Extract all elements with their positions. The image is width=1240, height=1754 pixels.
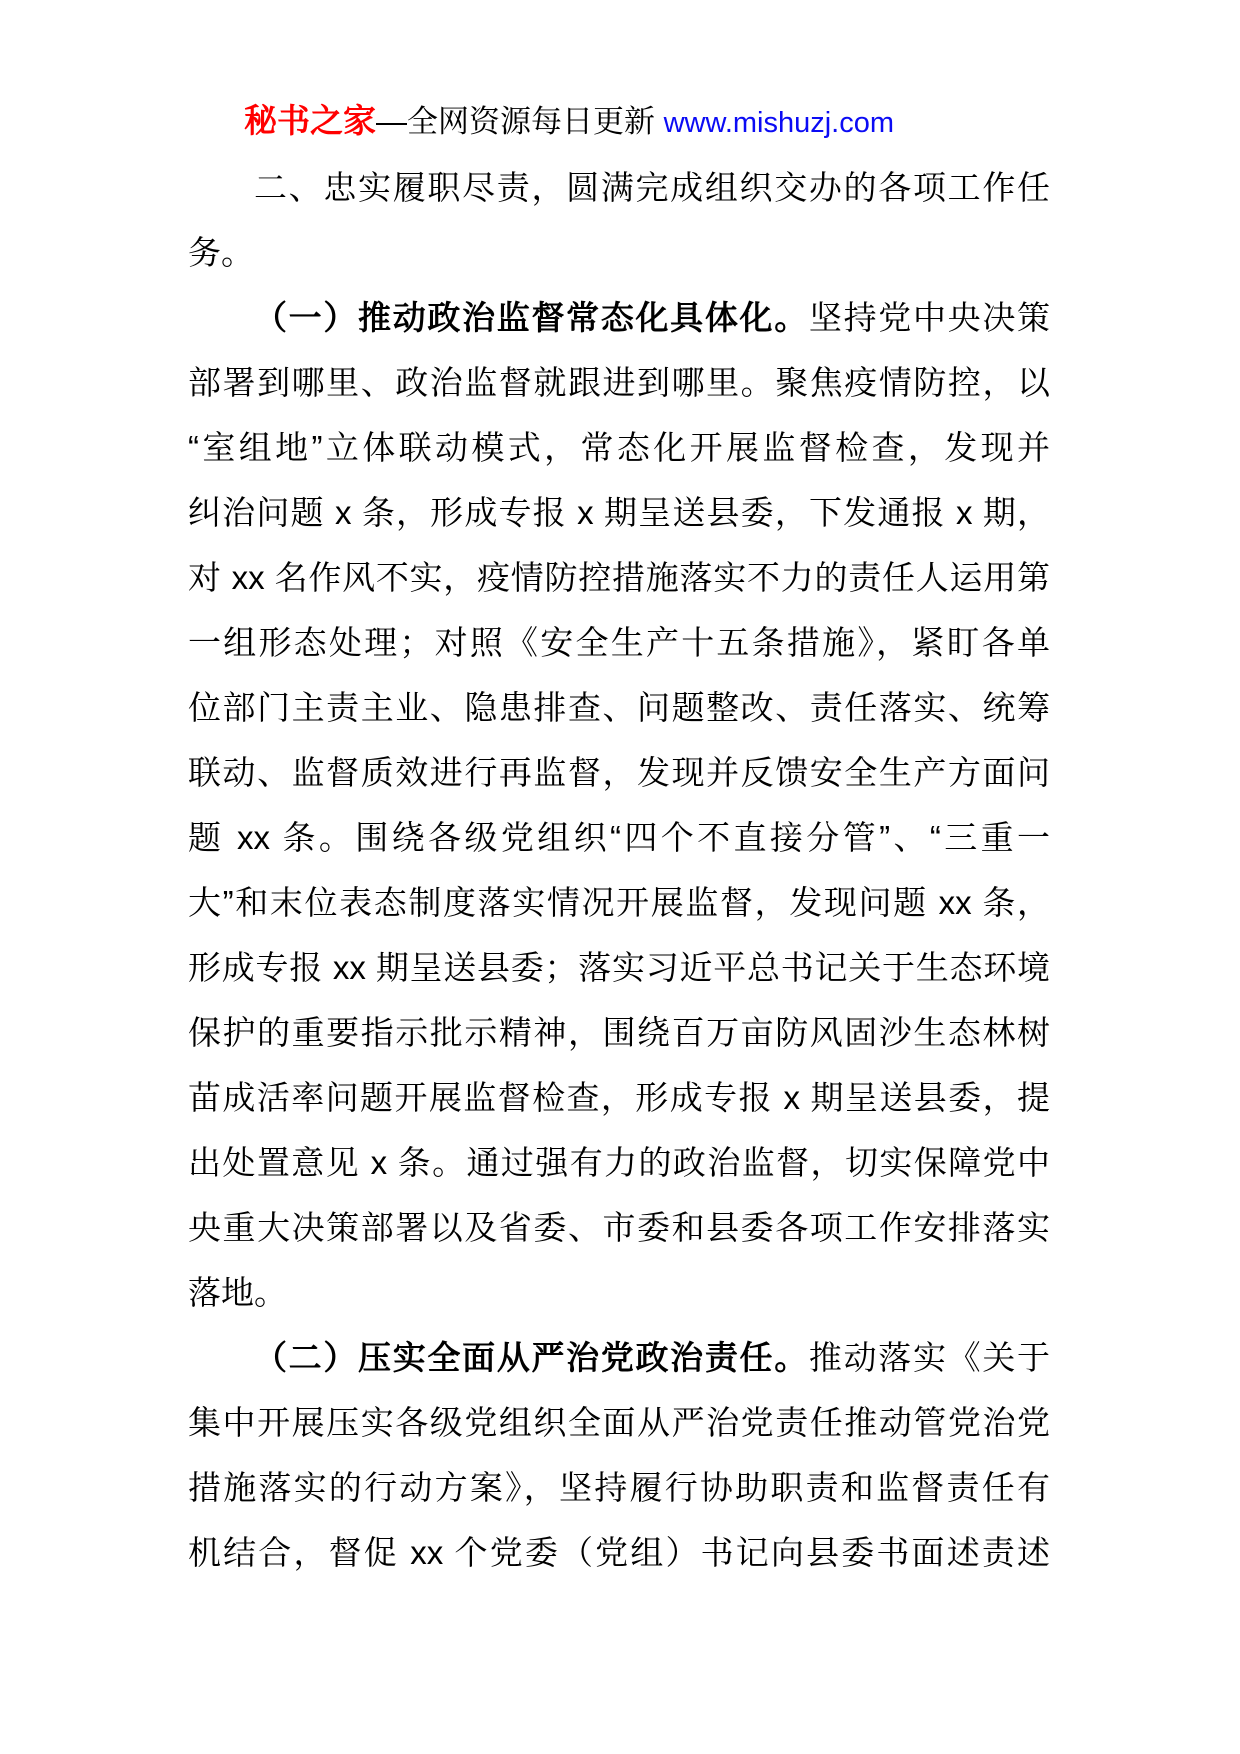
text-segment: 苗成活率问题开展监督检查，形成专报 x 期呈送县委，提 — [188, 1079, 1050, 1116]
site-url-link[interactable]: www.mishuzj.com — [664, 107, 894, 139]
text-segment: 二、忠实履职尽责，圆满完成组织交办的各项工作任 — [254, 169, 1050, 206]
text-segment: 形成专报 xx 期呈送县委；落实习近平总书记关于生态环境 — [188, 949, 1050, 986]
paragraph: 二、忠实履职尽责，圆满完成组织交办的各项工作任务。 — [188, 155, 1050, 285]
text-line: 位部门主责主业、隐患排查、问题整改、责任落实、统筹 — [188, 675, 1050, 740]
heading-text-segment: （一）推动政治监督常态化具体化。 — [254, 299, 809, 336]
text-segment: 保护的重要指示批示精神，围绕百万亩防风固沙生态林树 — [188, 1014, 1050, 1051]
text-line: 保护的重要指示批示精神，围绕百万亩防风固沙生态林树 — [188, 1000, 1050, 1065]
text-line: “室组地”立体联动模式，常态化开展监督检查，发现并 — [188, 415, 1050, 480]
text-line: （二）压实全面从严治党政治责任。推动落实《关于 — [188, 1325, 1050, 1390]
text-line: 央重大决策部署以及省委、市委和县委各项工作安排落实 — [188, 1195, 1050, 1260]
text-line: （一）推动政治监督常态化具体化。坚持党中央决策 — [188, 285, 1050, 350]
text-segment: 推动落实《关于 — [809, 1339, 1050, 1376]
heading-text-segment: （二）压实全面从严治党政治责任。 — [254, 1339, 809, 1376]
text-segment: 出处置意见 x 条。通过强有力的政治监督，切实保障党中 — [188, 1144, 1050, 1181]
document-body: 二、忠实履职尽责，圆满完成组织交办的各项工作任务。（一）推动政治监督常态化具体化… — [188, 155, 1050, 1585]
text-line: 一组形态处理；对照《安全生产十五条措施》，紧盯各单 — [188, 610, 1050, 675]
document-page: 秘书之家—全网资源每日更新 www.mishuzj.com 二、忠实履职尽责，圆… — [0, 0, 1240, 1754]
text-line: 题 xx 条。围绕各级党组织“四个不直接分管”、“三重一 — [188, 805, 1050, 870]
text-line: 二、忠实履职尽责，圆满完成组织交办的各项工作任 — [188, 155, 1050, 220]
text-segment: 位部门主责主业、隐患排查、问题整改、责任落实、统筹 — [188, 689, 1050, 726]
text-line: 集中开展压实各级党组织全面从严治党责任推动管党治党 — [188, 1390, 1050, 1455]
text-segment: 措施落实的行动方案》，坚持履行协助职责和监督责任有 — [188, 1469, 1050, 1506]
site-name: 秘书之家 — [244, 102, 376, 139]
text-segment: 务。 — [188, 234, 254, 271]
text-line: 苗成活率问题开展监督检查，形成专报 x 期呈送县委，提 — [188, 1065, 1050, 1130]
text-segment: 部署到哪里、政治监督就跟进到哪里。聚焦疫情防控，以 — [188, 364, 1050, 401]
text-line: 形成专报 xx 期呈送县委；落实习近平总书记关于生态环境 — [188, 935, 1050, 1000]
text-segment: 题 xx 条。围绕各级党组织“四个不直接分管”、“三重一 — [188, 819, 1050, 856]
text-line: 对 xx 名作风不实，疫情防控措施落实不力的责任人运用第 — [188, 545, 1050, 610]
text-line: 联动、监督质效进行再监督，发现并反馈安全生产方面问 — [188, 740, 1050, 805]
text-segment: “室组地”立体联动模式，常态化开展监督检查，发现并 — [188, 429, 1050, 466]
text-segment: 一组形态处理；对照《安全生产十五条措施》，紧盯各单 — [188, 624, 1050, 661]
text-segment: 大”和末位表态制度落实情况开展监督，发现问题 xx 条， — [188, 884, 1050, 921]
text-line: 务。 — [188, 220, 1050, 285]
text-segment: 机结合，督促 xx 个党委（党组）书记向县委书面述责述 — [188, 1534, 1050, 1571]
site-tagline: —全网资源每日更新 — [376, 104, 664, 139]
text-segment: 纠治问题 x 条，形成专报 x 期呈送县委，下发通报 x 期， — [188, 494, 1050, 531]
text-segment: 央重大决策部署以及省委、市委和县委各项工作安排落实 — [188, 1209, 1050, 1246]
text-line: 机结合，督促 xx 个党委（党组）书记向县委书面述责述 — [188, 1520, 1050, 1585]
text-line: 大”和末位表态制度落实情况开展监督，发现问题 xx 条， — [188, 870, 1050, 935]
text-segment: 坚持党中央决策 — [809, 299, 1050, 336]
text-line: 落地。 — [188, 1260, 1050, 1325]
text-line: 部署到哪里、政治监督就跟进到哪里。聚焦疫情防控，以 — [188, 350, 1050, 415]
text-line: 措施落实的行动方案》，坚持履行协助职责和监督责任有 — [188, 1455, 1050, 1520]
text-segment: 对 xx 名作风不实，疫情防控措施落实不力的责任人运用第 — [188, 559, 1050, 596]
text-line: 纠治问题 x 条，形成专报 x 期呈送县委，下发通报 x 期， — [188, 480, 1050, 545]
paragraph: （二）压实全面从严治党政治责任。推动落实《关于集中开展压实各级党组织全面从严治党… — [188, 1325, 1050, 1585]
text-segment: 集中开展压实各级党组织全面从严治党责任推动管党治党 — [188, 1404, 1050, 1441]
text-line: 出处置意见 x 条。通过强有力的政治监督，切实保障党中 — [188, 1130, 1050, 1195]
paragraph: （一）推动政治监督常态化具体化。坚持党中央决策部署到哪里、政治监督就跟进到哪里。… — [188, 285, 1050, 1325]
site-header: 秘书之家—全网资源每日更新 www.mishuzj.com — [0, 95, 1138, 142]
text-segment: 联动、监督质效进行再监督，发现并反馈安全生产方面问 — [188, 754, 1050, 791]
text-segment: 落地。 — [188, 1274, 287, 1311]
